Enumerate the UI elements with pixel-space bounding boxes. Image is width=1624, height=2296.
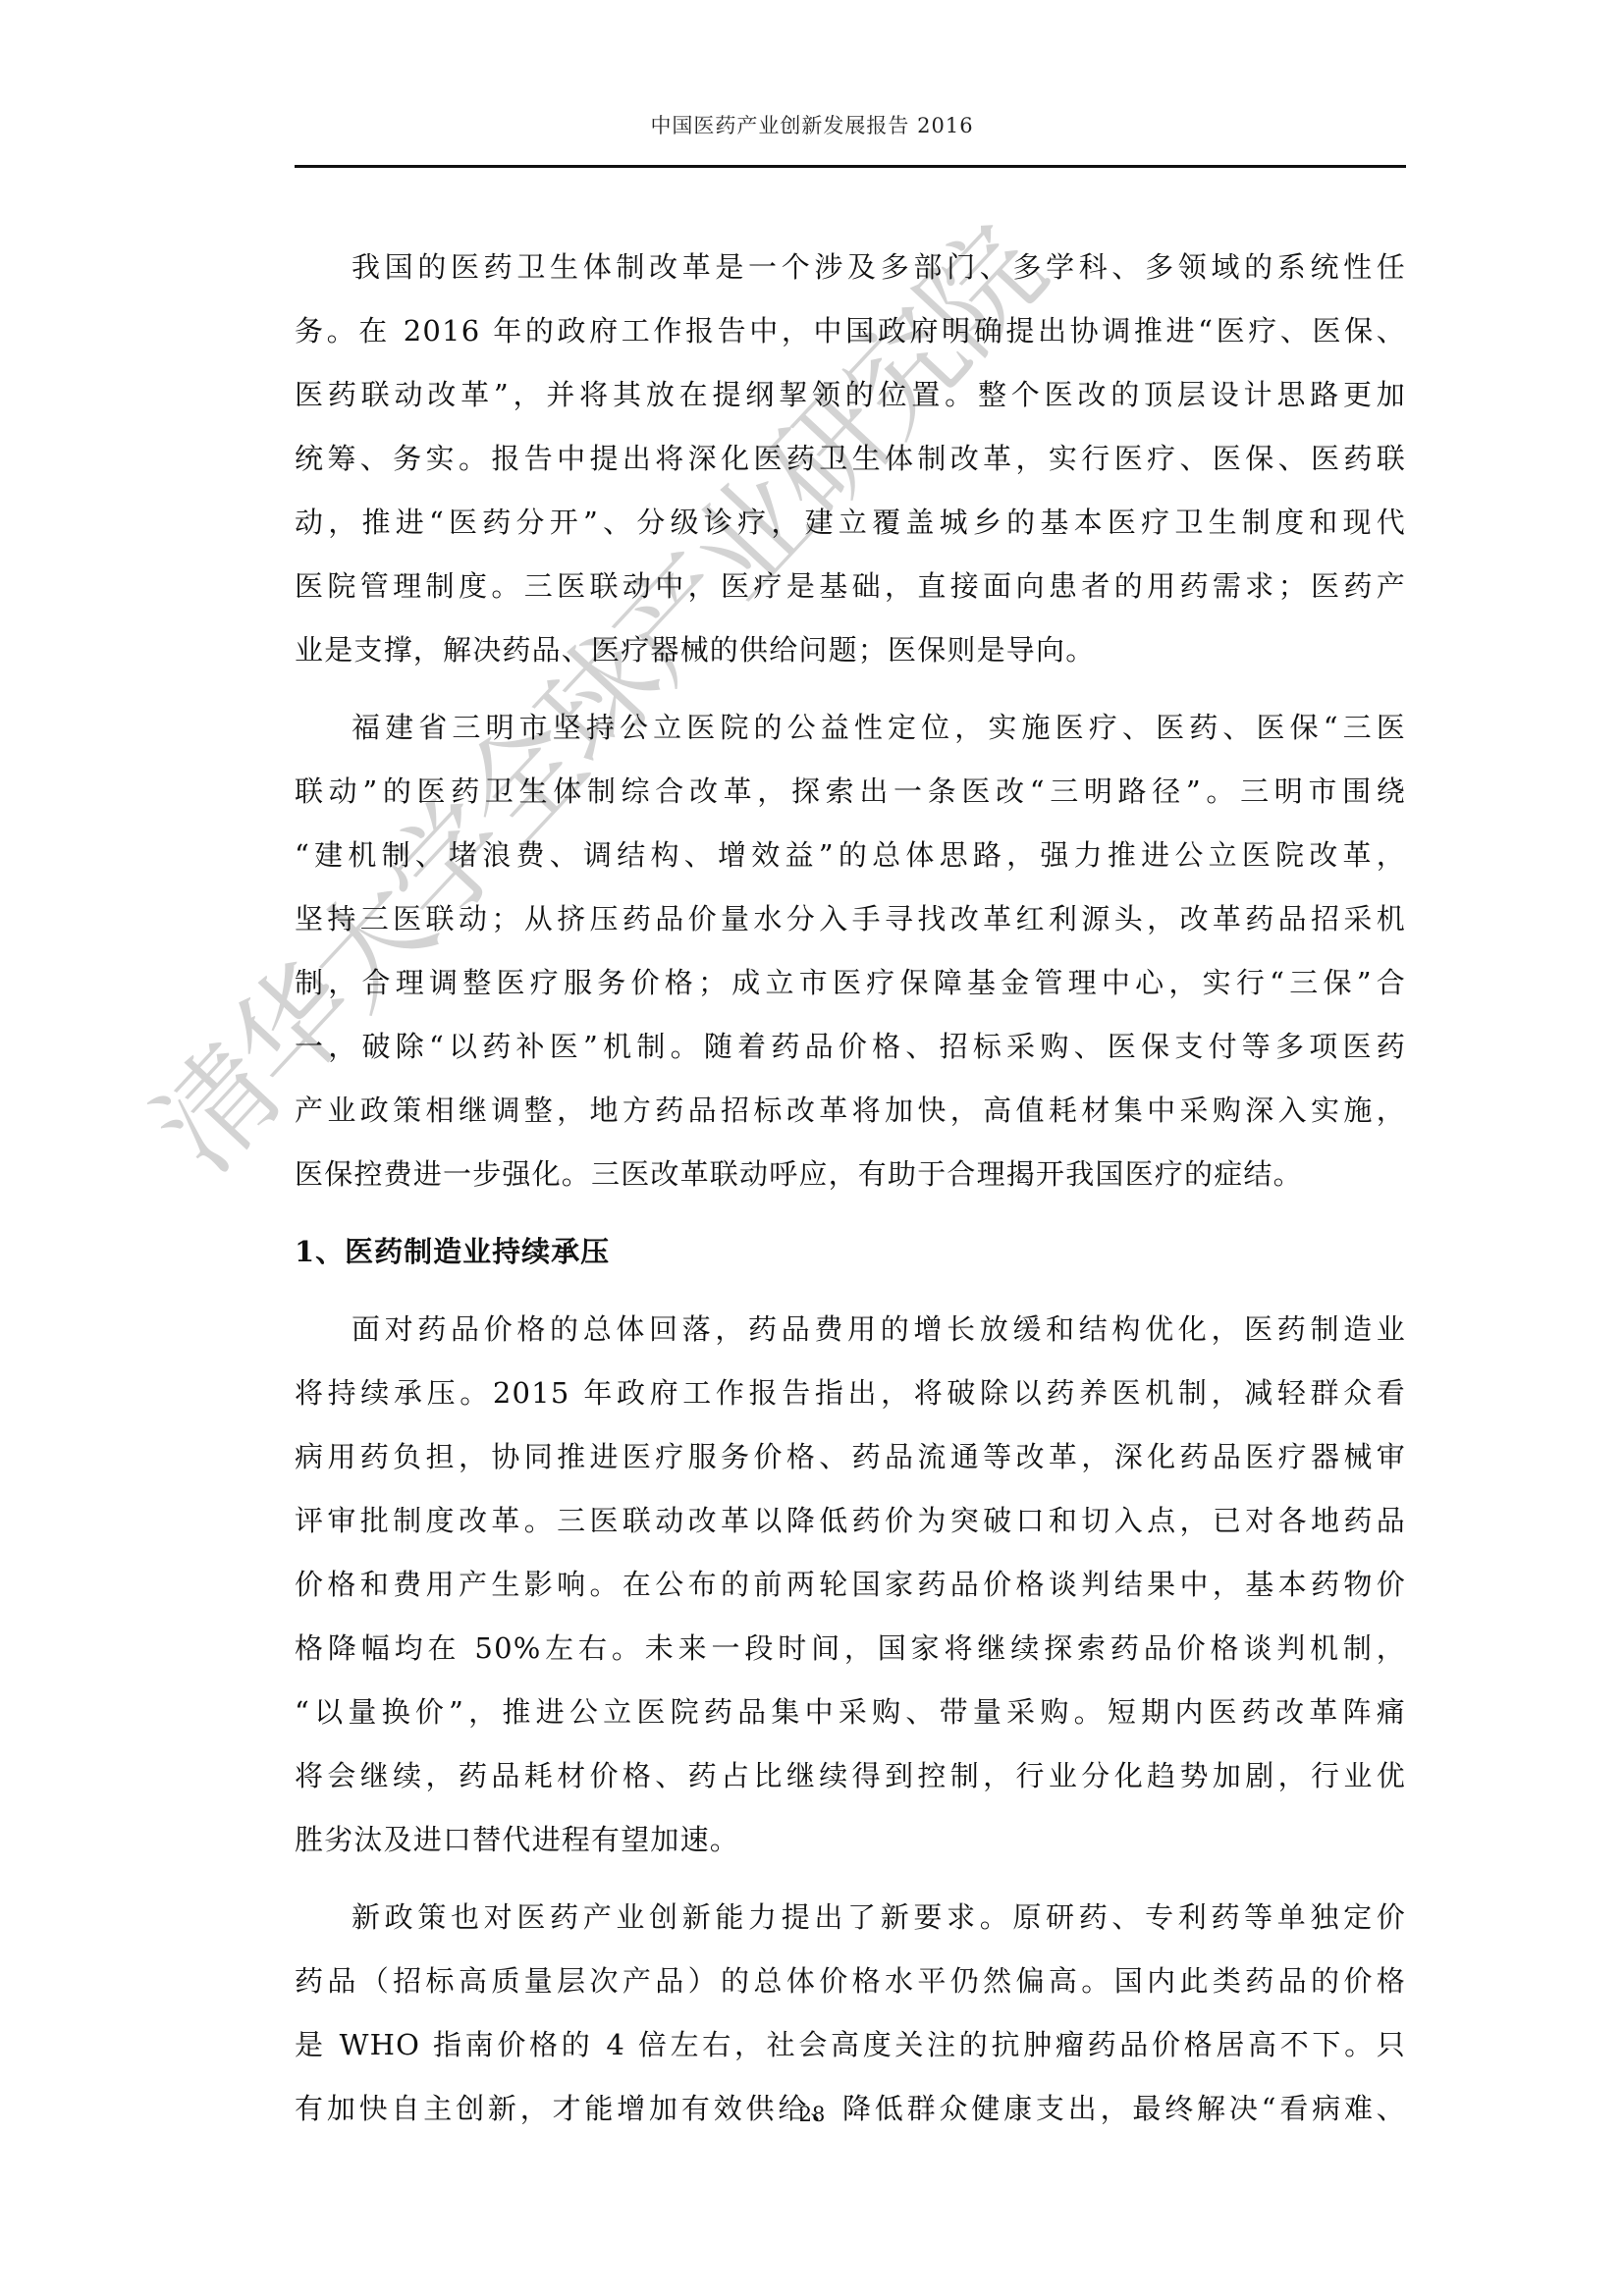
text-line: 格降幅均在 50%左右。未来一段时间，国家将继续探索药品价格谈判机制， <box>295 1617 1406 1681</box>
text-line: 病用药负担，协同推进医疗服务价格、药品流通等改革，深化药品医疗器械审 <box>295 1425 1406 1489</box>
page-body: 我国的医药卫生体制改革是一个涉及多部门、多学科、多领域的系统性任 务。在 201… <box>295 236 1406 2155</box>
paragraph: 面对药品价格的总体回落，药品费用的增长放缓和结构优化，医药制造业 将持续承压。2… <box>295 1298 1406 1872</box>
text-line: 制，合理调整医疗服务价格；成立市医疗保障基金管理中心，实行“三保”合 <box>295 951 1406 1015</box>
text-line: 坚持三医联动；从挤压药品价量水分入手寻找改革红利源头，改革药品招采机 <box>295 887 1406 951</box>
paragraph: 福建省三明市坚持公立医院的公益性定位，实施医疗、医药、医保“三医 联动”的医药卫… <box>295 696 1406 1206</box>
text-line: 统筹、务实。报告中提出将深化医药卫生体制改革，实行医疗、医保、医药联 <box>295 427 1406 491</box>
text-line: 药品（招标高质量层次产品）的总体价格水平仍然偏高。国内此类药品的价格 <box>295 1949 1406 2013</box>
header-rule <box>295 165 1406 168</box>
text-line: 新政策也对医药产业创新能力提出了新要求。原研药、专利药等单独定价 <box>295 1886 1406 1949</box>
text-line: 福建省三明市坚持公立医院的公益性定位，实施医疗、医药、医保“三医 <box>295 696 1406 760</box>
text-line: 联动”的医药卫生体制综合改革，探索出一条医改“三明路径”。三明市围绕 <box>295 760 1406 824</box>
text-line: 医保控费进一步强化。三医改革联动呼应，有助于合理揭开我国医疗的症结。 <box>295 1143 1406 1206</box>
running-header: 中国医药产业创新发展报告 2016 <box>0 110 1624 139</box>
section-heading: 1、医药制造业持续承压 <box>295 1220 1406 1284</box>
text-line: 胜劣汰及进口替代进程有望加速。 <box>295 1808 1406 1872</box>
text-line: 评审批制度改革。三医联动改革以降低药价为突破口和切入点，已对各地药品 <box>295 1489 1406 1553</box>
paragraph: 我国的医药卫生体制改革是一个涉及多部门、多学科、多领域的系统性任 务。在 201… <box>295 236 1406 682</box>
text-line: 将持续承压。2015 年政府工作报告指出，将破除以药养医机制，减轻群众看 <box>295 1362 1406 1425</box>
text-line: 我国的医药卫生体制改革是一个涉及多部门、多学科、多领域的系统性任 <box>295 236 1406 299</box>
text-line: 产业政策相继调整，地方药品招标改革将加快，高值耗材集中采购深入实施， <box>295 1079 1406 1143</box>
text-line: “建机制、堵浪费、调结构、增效益”的总体思路，强力推进公立医院改革， <box>295 824 1406 887</box>
text-line: 是 WHO 指南价格的 4 倍左右，社会高度关注的抗肿瘤药品价格居高不下。只 <box>295 2013 1406 2077</box>
text-line: 价格和费用产生影响。在公布的前两轮国家药品价格谈判结果中，基本药物价 <box>295 1553 1406 1617</box>
text-line: 动，推进“医药分开”、分级诊疗，建立覆盖城乡的基本医疗卫生制度和现代 <box>295 491 1406 555</box>
text-line: 面对药品价格的总体回落，药品费用的增长放缓和结构优化，医药制造业 <box>295 1298 1406 1362</box>
text-line: 业是支撑，解决药品、医疗器械的供给问题；医保则是导向。 <box>295 618 1406 682</box>
text-line: 务。在 2016 年的政府工作报告中，中国政府明确提出协调推进“医疗、医保、 <box>295 299 1406 363</box>
text-line: “以量换价”，推进公立医院药品集中采购、带量采购。短期内医药改革阵痛 <box>295 1681 1406 1744</box>
text-line: 将会继续，药品耗材价格、药占比继续得到控制，行业分化趋势加剧，行业优 <box>295 1744 1406 1808</box>
page-number: 28 <box>0 2103 1624 2126</box>
text-line: 医院管理制度。三医联动中，医疗是基础，直接面向患者的用药需求；医药产 <box>295 555 1406 618</box>
text-line: 医药联动改革”，并将其放在提纲挈领的位置。整个医改的顶层设计思路更加 <box>295 363 1406 427</box>
text-line: 一，破除“以药补医”机制。随着药品价格、招标采购、医保支付等多项医药 <box>295 1015 1406 1079</box>
